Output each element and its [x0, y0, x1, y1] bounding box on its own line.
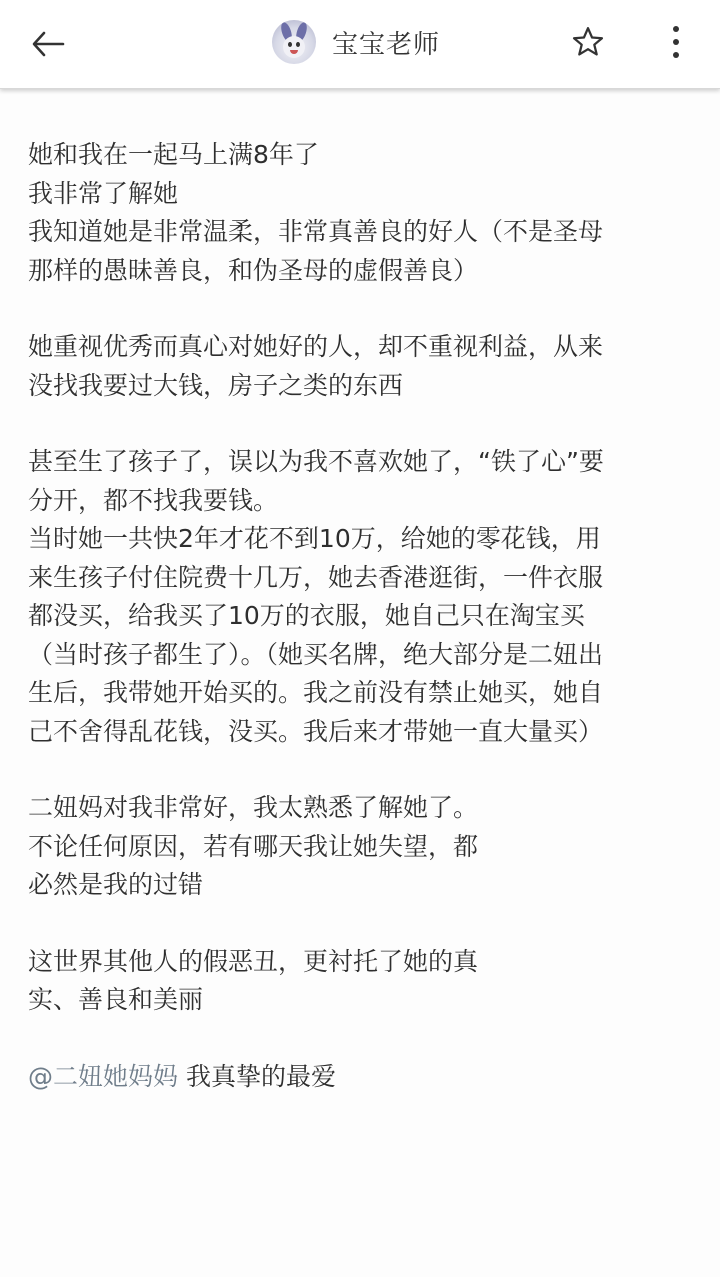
more-vertical-icon: [673, 52, 679, 58]
post-paragraph: 甚至生了孩子了，误以为我不喜欢她了，“铁了心”要 分开，都不找我要钱。 当时她一…: [28, 443, 708, 751]
post-line: 当时她一共快2年才花不到10万，给她的零花钱，用: [28, 520, 708, 559]
post-line: 实、善良和美丽: [28, 981, 708, 1020]
bunny-face-icon: [283, 36, 305, 58]
post-line: @二妞她妈妈 我真挚的最爱: [28, 1058, 708, 1097]
more-vertical-icon: [673, 39, 679, 45]
cut-off-line: [28, 1268, 118, 1277]
bunny-eye-icon: [288, 42, 292, 47]
post-line: 那样的愚昧善良，和伪圣母的虚假善良）: [28, 252, 708, 291]
user-mention-link[interactable]: @二妞她妈妈: [28, 1062, 178, 1091]
post-line: 没找我要过大钱，房子之类的东西: [28, 367, 708, 406]
post-line: 她重视优秀而真心对她好的人，却不重视利益，从来: [28, 328, 708, 367]
post-line: （当时孩子都生了）。（她买名牌，绝大部分是二妞出: [28, 636, 708, 675]
profile-title[interactable]: 宝宝老师: [272, 18, 440, 66]
avatar[interactable]: [272, 20, 316, 64]
post-line: 这世界其他人的假恶丑，更衬托了她的真: [28, 943, 708, 982]
app-header: 宝宝老师: [0, 0, 720, 89]
more-options-button[interactable]: [658, 20, 694, 64]
post-body: 她和我在一起马上满8年了 我非常了解她 我知道她是非常温柔，非常真善良的好人（不…: [28, 136, 708, 1134]
favorite-button[interactable]: [568, 22, 608, 62]
arrow-left-icon: [30, 29, 66, 59]
page-title: 宝宝老师: [332, 24, 440, 61]
post-line: 必然是我的过错: [28, 866, 708, 905]
post-line: 己不舍得乱花钱，没买。我后来才带她一直大量买）: [28, 713, 708, 752]
post-line: 二妞妈对我非常好，我太熟悉了解她了。: [28, 789, 708, 828]
post-line: 分开，都不找我要钱。: [28, 482, 708, 521]
post-line: 我非常了解她: [28, 175, 708, 214]
post-paragraph: 她重视优秀而真心对她好的人，却不重视利益，从来 没找我要过大钱，房子之类的东西: [28, 328, 708, 405]
post-line: 生后，我带她开始买的。我之前没有禁止她买，她自: [28, 674, 708, 713]
bunny-eye-icon: [296, 42, 300, 47]
post-line: 来生孩子付住院费十几万，她去香港逛街，一件衣服: [28, 559, 708, 598]
mention-suffix: 我真挚的最爱: [178, 1062, 336, 1091]
more-vertical-icon: [673, 26, 679, 32]
post-line: 都没买，给我买了10万的衣服，她自己只在淘宝买: [28, 597, 708, 636]
post-line: 我知道她是非常温柔，非常真善良的好人（不是圣母: [28, 213, 708, 252]
post-paragraph: 她和我在一起马上满8年了 我非常了解她 我知道她是非常温柔，非常真善良的好人（不…: [28, 136, 708, 290]
post-line: 甚至生了孩子了，误以为我不喜欢她了，“铁了心”要: [28, 443, 708, 482]
post-paragraph: 二妞妈对我非常好，我太熟悉了解她了。 不论任何原因，若有哪天我让她失望，都 必然…: [28, 789, 708, 905]
post-mention-line: @二妞她妈妈 我真挚的最爱: [28, 1058, 708, 1097]
back-button[interactable]: [26, 24, 70, 64]
post-paragraph: 这世界其他人的假恶丑，更衬托了她的真 实、善良和美丽: [28, 943, 708, 1020]
star-outline-icon: [570, 24, 606, 60]
post-line: 不论任何原因，若有哪天我让她失望，都: [28, 828, 708, 867]
post-line: 她和我在一起马上满8年了: [28, 136, 708, 175]
